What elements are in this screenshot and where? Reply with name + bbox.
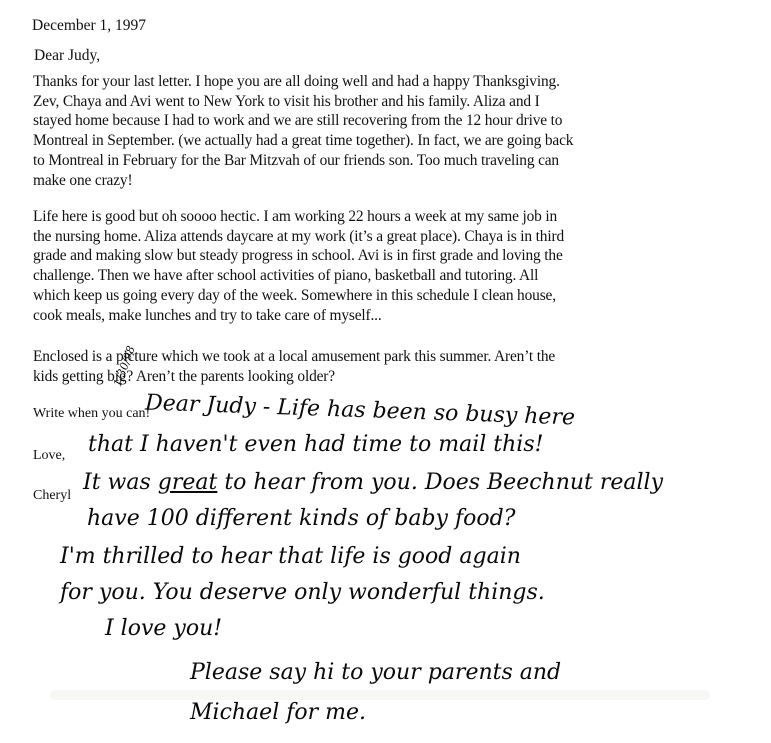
handwritten-line: that I haven't even had time to mail thi… — [88, 432, 543, 457]
paragraph-line: Enclosed is a picture which we took at a… — [33, 347, 555, 367]
handwritten-line: Michael for me. — [190, 700, 366, 725]
paragraph-line: Montreal in September. (we actually had … — [33, 131, 573, 151]
letter-page: December 1, 1997 Dear Judy, Thanks for y… — [0, 0, 771, 743]
paragraph-line: Life here is good but oh soooo hectic. I… — [33, 207, 564, 227]
handwritten-line: Please say hi to your parents and — [190, 660, 561, 685]
sign-off: Love, — [33, 446, 65, 466]
paragraph-line: Zev, Chaya and Avi went to New York to v… — [33, 92, 573, 112]
paragraph-line: make one crazy! — [33, 171, 573, 191]
paragraph-2: Life here is good but oh soooo hectic. I… — [33, 207, 564, 325]
paragraph-line: cook meals, make lunches and try to take… — [33, 306, 564, 326]
paragraph-line: grade and making slow but steady progres… — [33, 246, 564, 266]
paragraph-line: the nursing home. Aliza attends daycare … — [33, 227, 564, 247]
handwritten-line: for you. You deserve only wonderful thin… — [60, 580, 545, 605]
handwritten-line: Dear Judy - Life has been so busy here — [145, 391, 576, 431]
paragraph-line: challenge. Then we have after school act… — [33, 266, 564, 286]
handwritten-line: I'm thrilled to hear that life is good a… — [60, 544, 521, 569]
handwritten-line: It was great to hear from you. Does Beec… — [83, 470, 663, 495]
paragraph-line: Thanks for your last letter. I hope you … — [33, 72, 573, 92]
paragraph-line: to Montreal in February for the Bar Mitz… — [33, 151, 573, 171]
underlined-word: great — [158, 470, 218, 495]
letter-date: December 1, 1997 — [32, 16, 146, 36]
closing-line: Write when you can! — [33, 404, 150, 424]
signature: Cheryl — [33, 486, 71, 506]
paragraph-line: which keep us going every day of the wee… — [33, 286, 564, 306]
handwritten-line: I love you! — [105, 616, 222, 641]
paragraph-line: stayed home because I had to work and we… — [33, 111, 573, 131]
paper-smudge — [50, 690, 710, 700]
paragraph-1: Thanks for your last letter. I hope you … — [33, 72, 573, 190]
handwritten-line: have 100 different kinds of baby food? — [87, 506, 515, 531]
letter-salutation: Dear Judy, — [34, 46, 100, 66]
